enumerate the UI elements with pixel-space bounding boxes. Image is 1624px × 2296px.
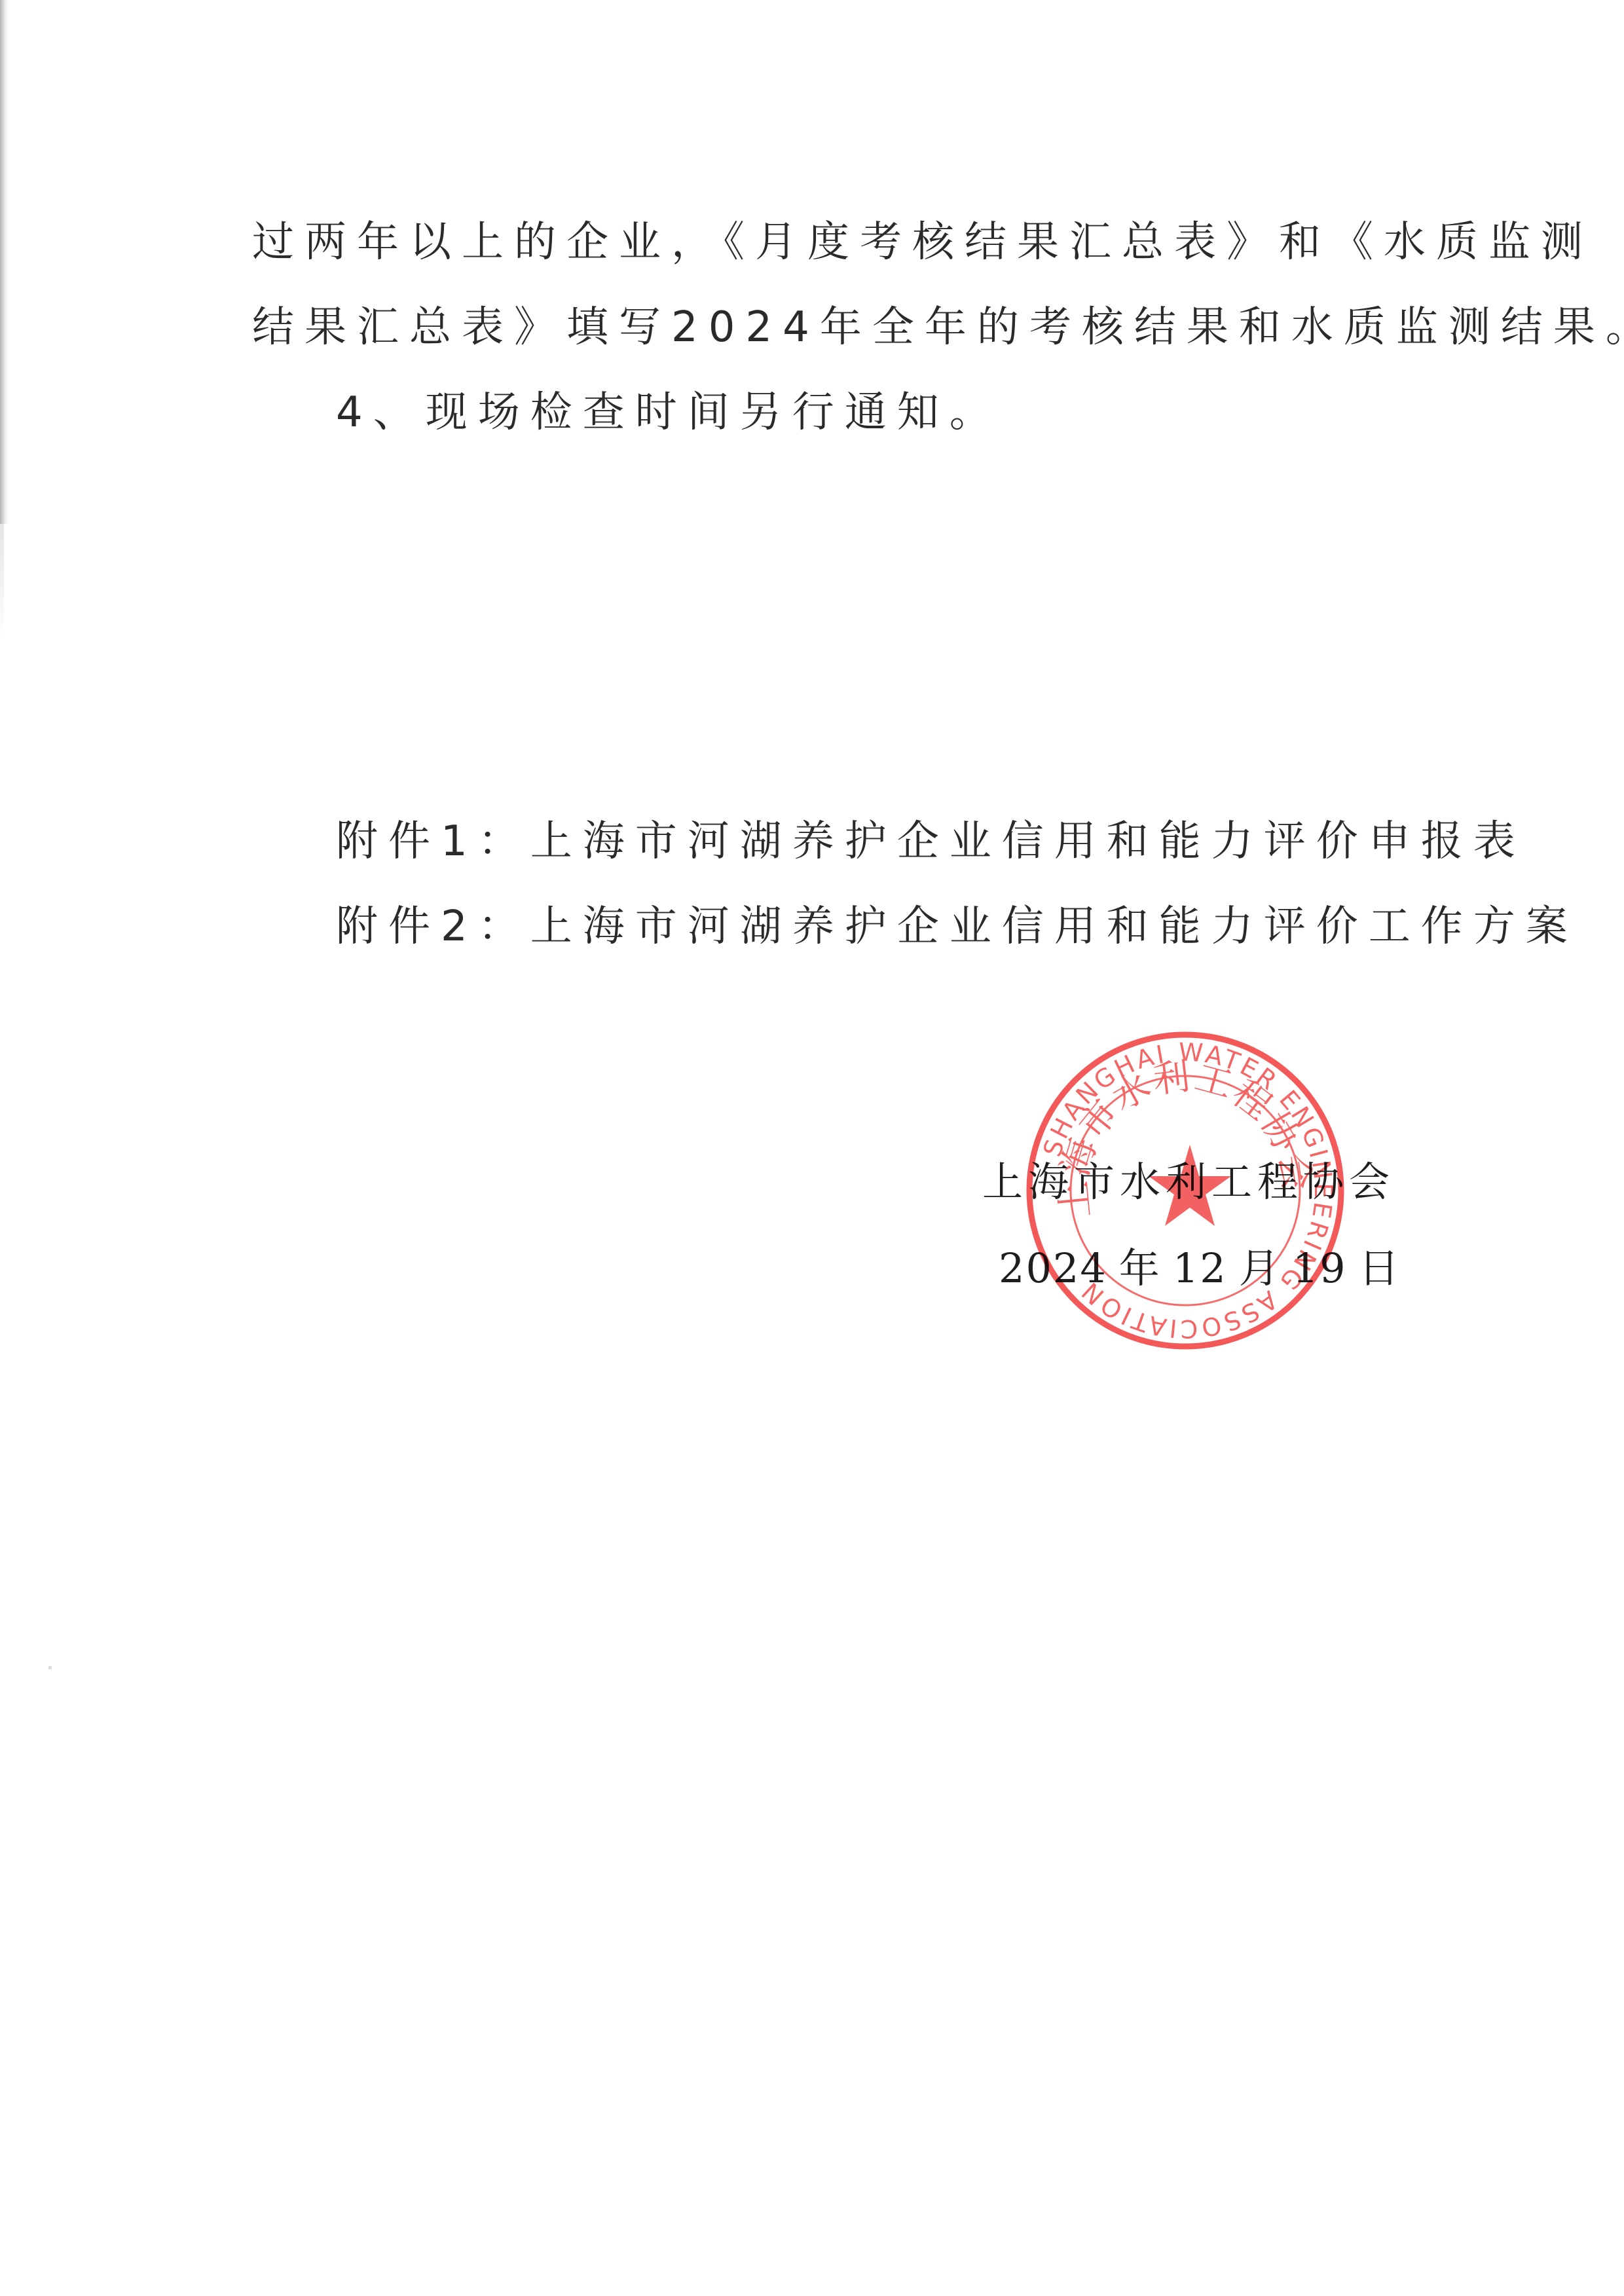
scan-speck xyxy=(48,1666,52,1669)
body-paragraph-line: 过两年以上的企业，《月度考核结果汇总表》和《水质监测 xyxy=(252,221,1593,263)
date-year-unit: 年 xyxy=(1119,1244,1161,1292)
date-day-unit: 日 xyxy=(1359,1244,1401,1292)
date-month: 12 xyxy=(1173,1244,1227,1292)
scan-edge-shadow-lower xyxy=(0,524,4,642)
body-list-item-4: 4、现场检查时间另行通知。 xyxy=(336,392,1002,434)
date-day: 19 xyxy=(1293,1244,1347,1292)
date-year: 2024 xyxy=(999,1244,1107,1292)
date-month-unit: 月 xyxy=(1239,1244,1281,1292)
attachment-1: 附件1：上海市河湖养护企业信用和能力评价申报表 xyxy=(336,821,1526,862)
body-paragraph-line: 结果汇总表》填写2024年全年的考核结果和水质监测结果。 xyxy=(252,306,1624,348)
attachment-2: 附件2：上海市河湖养护企业信用和能力评价工作方案 xyxy=(336,906,1578,948)
scan-edge-shadow xyxy=(0,0,9,524)
signature-organization: 上海市水利工程协会 xyxy=(982,1162,1395,1202)
signature-date: 2024年12月19日 xyxy=(999,1248,1412,1289)
